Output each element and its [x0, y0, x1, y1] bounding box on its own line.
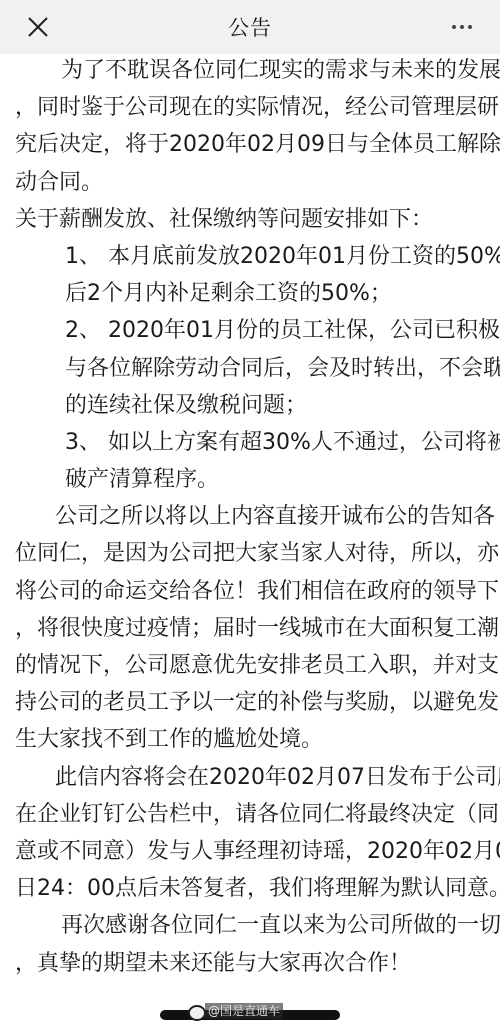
notice-line: 日24：00点后未答复者，我们将理解为默认同意。 — [15, 870, 490, 907]
notice-line: 公司之所以将以上内容直接开诚布公的告知各 — [15, 498, 490, 535]
notice-line: 3、 如以上方案有超30%人不通过，公司将被迫进入 — [15, 424, 490, 461]
notice-line: 此信内容将会在2020年02月07日发布于公司所 — [15, 759, 490, 796]
more-dots-icon-dot — [460, 25, 464, 29]
notice-line: 关于薪酬发放、社保缴纳等问题安排如下： — [15, 201, 490, 238]
notice-line: 持公司的老员工予以一定的补偿与奖励，以避免发 — [15, 684, 490, 721]
notice-line: 再次感谢各位同仁一直以来为公司所做的一切 — [15, 907, 490, 944]
weibo-icon — [188, 1005, 206, 1021]
notice-line: 与各位解除劳动合同后，会及时转出，不会耽误大家 — [15, 350, 490, 387]
notice-line: 为了不耽误各位同仁现实的需求与未来的发展 — [15, 52, 490, 89]
notice-line: ，将很快度过疫情；届时一线城市在大面积复工潮 — [15, 610, 490, 647]
notice-line: 位同仁，是因为公司把大家当家人对待，所以，亦 — [15, 535, 490, 572]
watermark-text: @国是直通车 — [205, 1003, 283, 1019]
notice-line: 后2个月内补足剩余工资的50%； — [15, 275, 490, 312]
notice-line: 1、 本月底前发放2020年01月份工资的50%，待复工 — [15, 238, 490, 275]
notice-line: 究后决定，将于2020年02月09日与全体员工解除劳 — [15, 126, 490, 163]
notice-line: 生大家找不到工作的尴尬处境。 — [15, 721, 490, 758]
more-dots-icon-dot — [468, 25, 472, 29]
notice-line: ，同时鉴于公司现在的实际情况，经公司管理层研 — [15, 89, 490, 126]
notice-line: 的情况下，公司愿意优先安排老员工入职，并对支 — [15, 647, 490, 684]
notice-line: 2、 2020年01月份的员工社保，公司已积极缴纳，在 — [15, 312, 490, 349]
notice-line: 动合同。 — [15, 164, 490, 201]
notice-body: 为了不耽误各位同仁现实的需求与未来的发展，同时鉴于公司现在的实际情况，经公司管理… — [15, 52, 490, 982]
notice-line: 意或不同意）发与人事经理初诗瑶，2020年02月08 — [15, 833, 490, 870]
notice-line: ，真挚的期望未来还能与大家再次合作！ — [15, 945, 490, 982]
notice-line: 在企业钉钉公告栏中，请各位同仁将最终决定（同 — [15, 796, 490, 833]
more-dots-icon — [452, 25, 456, 29]
more-options-button[interactable] — [446, 16, 478, 38]
notice-line: 将公司的命运交给各位！我们相信在政府的领导下 — [15, 573, 490, 610]
nav-header: 公告 — [0, 0, 500, 54]
notice-line: 的连续社保及缴税问题； — [15, 387, 490, 424]
notice-line: 破产清算程序。 — [15, 461, 490, 498]
page-title: 公告 — [0, 12, 500, 42]
